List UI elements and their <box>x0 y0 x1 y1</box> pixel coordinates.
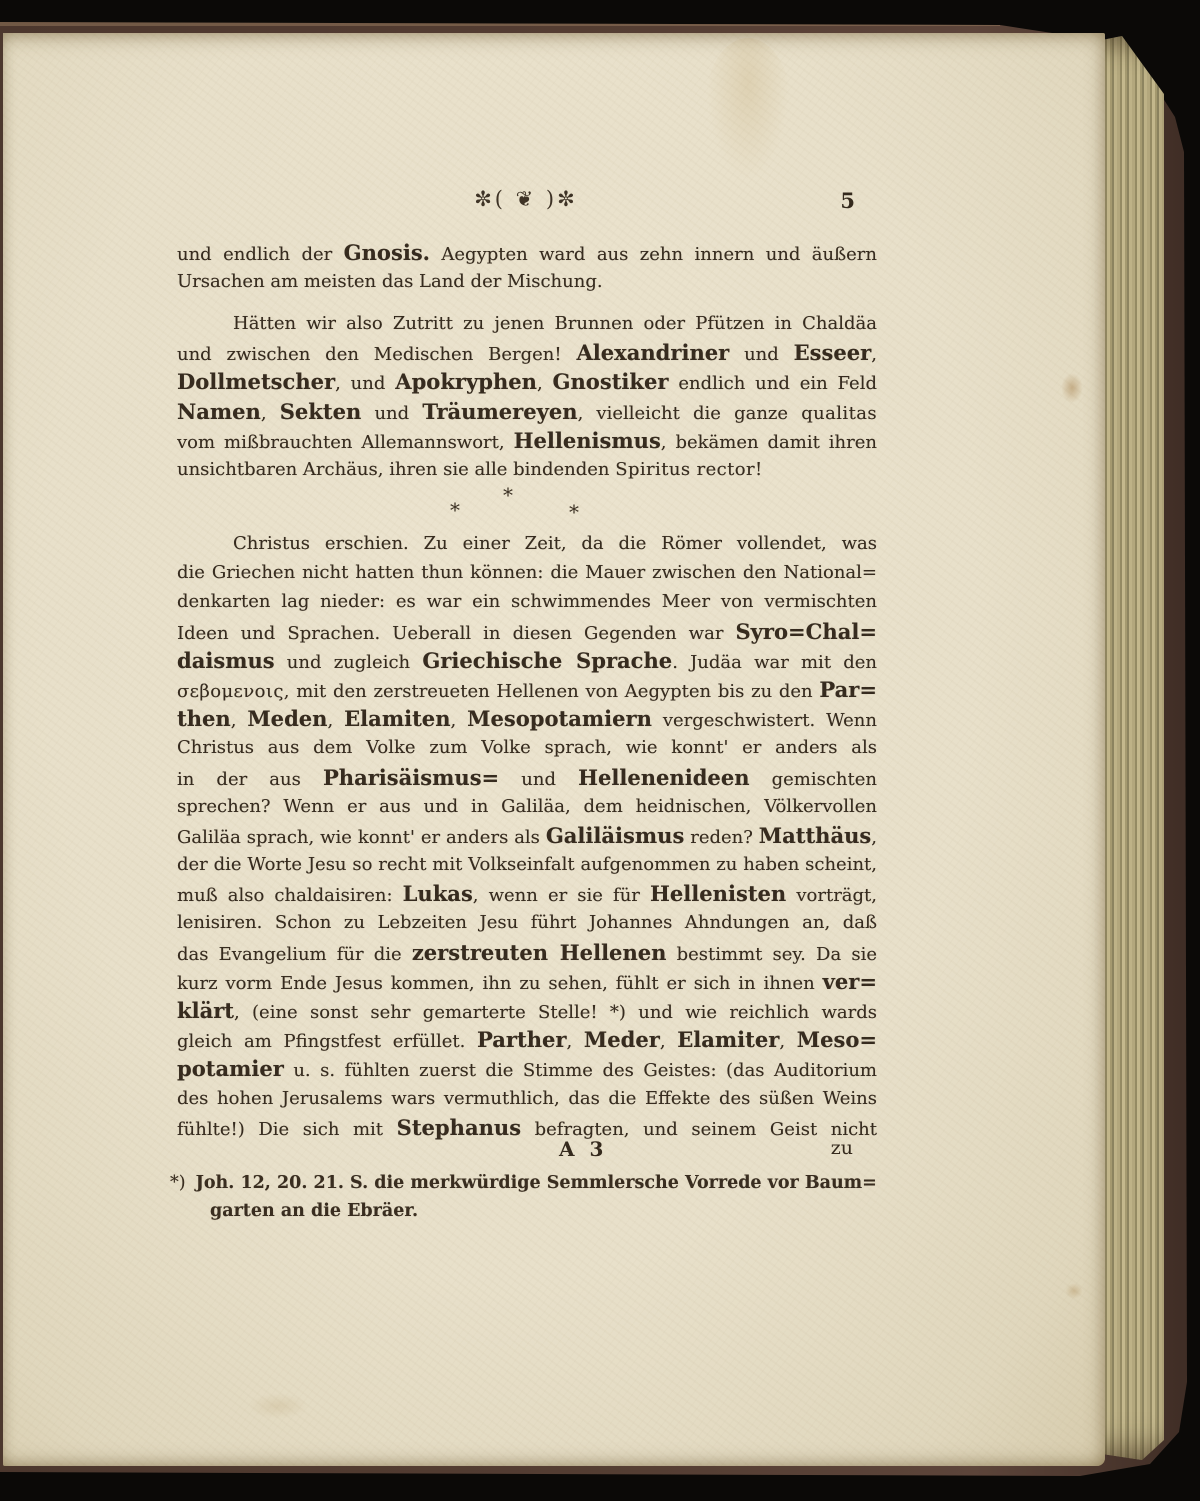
text-segment: in der aus <box>177 769 323 790</box>
text-segment: . Judäa war mit den <box>672 652 877 673</box>
page-number: 5 <box>840 188 855 213</box>
text-line: Galiläa sprach, wie konnt' er anders als… <box>177 821 877 850</box>
text-line: kurz vorm Ende Jesus kommen, ihn zu sehe… <box>177 967 877 996</box>
emphasized-text: Hellenismus <box>514 428 661 453</box>
text-segment: die Griechen nicht hatten thun können: d… <box>177 562 877 583</box>
text-segment: , (eine sonst sehr gemarterte Stelle! *)… <box>234 1002 877 1023</box>
text-segment: Ursachen am meisten das Land der Mischun… <box>177 271 603 292</box>
text-segment: reden? <box>684 827 758 848</box>
emphasized-text: Galiläismus <box>546 823 685 848</box>
text-segment: vergeschwistert. Wenn <box>652 710 877 731</box>
paragraph: Christus erschien. Zu einer Zeit, da die… <box>177 529 877 1142</box>
footnote-line: garten an die Ebräer. <box>170 1197 882 1225</box>
text-segment: unsichtbaren Archäus, ihren sie alle bin… <box>177 459 615 480</box>
emphasized-text: Parther <box>477 1027 567 1052</box>
emphasized-text: Meden <box>247 706 327 731</box>
asterisk-icon: * <box>569 500 579 524</box>
text-segment: und <box>499 769 578 790</box>
header-ornament-icon: ✼( ❦ )✼ <box>474 187 578 211</box>
book-photo-scene: ✼( ❦ )✼ 5 und endlich der Gnosis. Aegypt… <box>0 0 1200 1501</box>
footnote-marker: *) <box>170 1173 196 1193</box>
text-segment: , <box>779 1031 796 1052</box>
text-line: und zwischen den Medischen Bergen! Alexa… <box>177 338 877 367</box>
text-segment: Ideen und Sprachen. Ueberall in diesen G… <box>177 623 735 644</box>
text-segment: Aegypten ward aus zehn innern und äußern <box>430 244 877 265</box>
text-line: vom mißbrauchten Allemannswort, Hellenis… <box>177 426 877 455</box>
text-segment: Galiläa sprach, wie konnt' er anders als <box>177 827 546 848</box>
text-line: der die Worte Jesu so recht mit Volksein… <box>177 850 877 879</box>
text-line: daismus und zugleich Griechische Sprache… <box>177 646 877 675</box>
text-line: das Evangelium für die zerstreuten Helle… <box>177 938 877 967</box>
paragraph: Hätten wir also Zutritt zu jenen Brunnen… <box>177 309 877 484</box>
text-segment: denkarten lag nieder: es war ein schwimm… <box>177 591 877 612</box>
text-segment: und zwischen den Medischen Bergen! <box>177 344 576 365</box>
text-line: sprechen? Wenn er aus und in Galiläa, de… <box>177 792 877 821</box>
paragraph: und endlich der Gnosis. Aegypten ward au… <box>177 238 877 296</box>
footnote-text: Joh. 12, 20. 21. S. die merkwürdige Semm… <box>196 1173 877 1193</box>
text-segment: und zugleich <box>275 652 423 673</box>
text-segment: , bekämen damit ihren <box>661 432 877 453</box>
emphasized-text: Hellenenideen <box>578 765 749 790</box>
footnote-line: *)Joh. 12, 20. 21. S. die merkwürdige Se… <box>170 1169 882 1197</box>
emphasized-text: Elamiten <box>344 706 450 731</box>
text-line: Christus aus dem Volke zum Volke sprach,… <box>177 733 877 762</box>
fox-spot <box>1061 373 1083 403</box>
text-segment: , <box>567 1031 584 1052</box>
emphasized-text: Par= <box>819 677 877 702</box>
text-segment: , <box>327 710 344 731</box>
text-line: und endlich der Gnosis. Aegypten ward au… <box>177 238 877 267</box>
text-line: Dollmetscher, und Apokryphen, Gnostiker … <box>177 367 877 396</box>
emphasized-text: Meso= <box>797 1027 877 1052</box>
text-line: in der aus Pharisäismus= und Hellenenide… <box>177 763 877 792</box>
emphasized-text: Mesopotamiern <box>467 706 652 731</box>
text-segment: , wenn er sie für <box>473 885 650 906</box>
emphasized-text: then <box>177 706 231 731</box>
emphasized-text: zerstreuten Hellenen <box>412 940 667 965</box>
fox-spot <box>248 1393 308 1419</box>
emphasized-text: Hellenisten <box>650 881 786 906</box>
page-header: ✼( ❦ )✼ 5 <box>177 185 877 219</box>
emphasized-text: Syro=Chal= <box>735 619 877 644</box>
emphasized-text: Pharisäismus= <box>323 765 499 790</box>
text-line: unsichtbaren Archäus, ihren sie alle bin… <box>177 455 877 484</box>
emphasized-text: Elamiter <box>677 1027 779 1052</box>
text-segment: vom mißbrauchten Allemannswort, <box>177 432 514 453</box>
emphasized-text: Matthäus <box>759 823 871 848</box>
emphasized-text: ver= <box>823 969 877 994</box>
emphasized-text: Lukas <box>403 881 473 906</box>
text-segment: und <box>729 344 793 365</box>
emphasized-text: Apokryphen <box>395 369 537 394</box>
signature-mark: A 3 <box>559 1137 607 1161</box>
text-line: des hohen Jerusalems wars vermuthlich, d… <box>177 1084 877 1113</box>
text-segment: , <box>451 710 468 731</box>
text-segment: , <box>660 1031 677 1052</box>
emphasized-text: Meder <box>584 1027 660 1052</box>
book-page: ✼( ❦ )✼ 5 und endlich der Gnosis. Aegypt… <box>3 33 1105 1466</box>
text-segment: , <box>537 373 553 394</box>
asterisk-icon: * <box>503 483 513 507</box>
fox-spot <box>1065 1283 1083 1299</box>
text-line: denkarten lag nieder: es war ein schwimm… <box>177 587 877 616</box>
text-segment: , <box>261 403 280 424</box>
text-segment: kurz vorm Ende Jesus kommen, ihn zu sehe… <box>177 973 823 994</box>
emphasized-text: potamier <box>177 1056 284 1081</box>
text-segment: ! <box>755 459 762 480</box>
text-segment: gleich am Pfingstfest erfüllet. <box>177 1031 477 1052</box>
text-segment: lenisiren. Schon zu Lebzeiten Jesu führt… <box>177 912 877 933</box>
emphasized-text: klärt <box>177 998 234 1023</box>
footnote: *)Joh. 12, 20. 21. S. die merkwürdige Se… <box>170 1169 882 1225</box>
text-segment: , <box>231 710 248 731</box>
emphasized-text: Träumereyen <box>422 399 577 424</box>
page-fore-edge <box>1102 36 1164 1464</box>
text-segment: Hätten wir also Zutritt zu jenen Brunnen… <box>233 313 877 334</box>
emphasized-text: Namen <box>177 399 261 424</box>
text-segment: , <box>871 827 877 848</box>
text-line: gleich am Pfingstfest erfüllet. Parther,… <box>177 1025 877 1054</box>
text-segment: Spiritus rector <box>615 459 755 480</box>
signature-row: A 3 zu <box>177 1137 877 1167</box>
asterisk-separator: * * * <box>177 485 877 525</box>
emphasized-text: Stephanus <box>397 1115 521 1140</box>
text-segment: das Evangelium für die <box>177 944 412 965</box>
text-segment: , vielleicht die ganze <box>578 403 802 424</box>
text-line: muß also chaldaisiren: Lukas, wenn er si… <box>177 879 877 908</box>
text-line: die Griechen nicht hatten thun können: d… <box>177 558 877 587</box>
emphasized-text: Dollmetscher <box>177 369 335 394</box>
emphasized-text: Esseer <box>794 340 872 365</box>
text-line: Namen, Sekten und Träumereyen, vielleich… <box>177 397 877 426</box>
text-segment: muß also chaldaisiren: <box>177 885 403 906</box>
text-line: Ursachen am meisten das Land der Mischun… <box>177 267 877 296</box>
text-line: klärt, (eine sonst sehr gemarterte Stell… <box>177 996 877 1025</box>
text-segment: Christus erschien. Zu einer Zeit, da die… <box>233 533 877 554</box>
text-segment: u. s. fühlten zuerst die Stimme des Geis… <box>284 1060 877 1081</box>
text-segment: , mit den zerstreueten Hellenen von Aegy… <box>284 681 820 702</box>
text-line: lenisiren. Schon zu Lebzeiten Jesu führt… <box>177 908 877 937</box>
paper-stain <box>703 38 793 188</box>
text-line: then, Meden, Elamiten, Mesopotamiern ver… <box>177 704 877 733</box>
emphasized-text: Alexandriner <box>576 340 729 365</box>
text-segment: und <box>361 403 422 424</box>
text-segment: σεβομενοις <box>177 681 284 702</box>
text-segment: der die Worte Jesu so recht mit Volksein… <box>177 854 877 875</box>
catchword: zu <box>831 1137 853 1159</box>
text-line: Christus erschien. Zu einer Zeit, da die… <box>177 529 877 558</box>
text-line: potamier u. s. fühlten zuerst die Stimme… <box>177 1054 877 1083</box>
text-segment: und endlich der <box>177 244 344 265</box>
text-line: Hätten wir also Zutritt zu jenen Brunnen… <box>177 309 877 338</box>
text-segment: sprechen? Wenn er aus und in Galiläa, de… <box>177 796 877 817</box>
text-segment: des hohen Jerusalems wars vermuthlich, d… <box>177 1088 877 1109</box>
text-segment: Christus aus dem Volke zum Volke sprach,… <box>177 737 877 758</box>
emphasized-text: Griechische Sprache <box>422 648 672 673</box>
text-line: σεβομενοις, mit den zerstreueten Hellene… <box>177 675 877 704</box>
emphasized-text: daismus <box>177 648 275 673</box>
asterisk-icon: * <box>450 498 460 522</box>
text-segment: , und <box>335 373 395 394</box>
emphasized-text: Sekten <box>280 399 362 424</box>
emphasized-text: Gnosis. <box>344 240 430 265</box>
emphasized-text: Gnostiker <box>553 369 669 394</box>
text-line: Ideen und Sprachen. Ueberall in diesen G… <box>177 617 877 646</box>
